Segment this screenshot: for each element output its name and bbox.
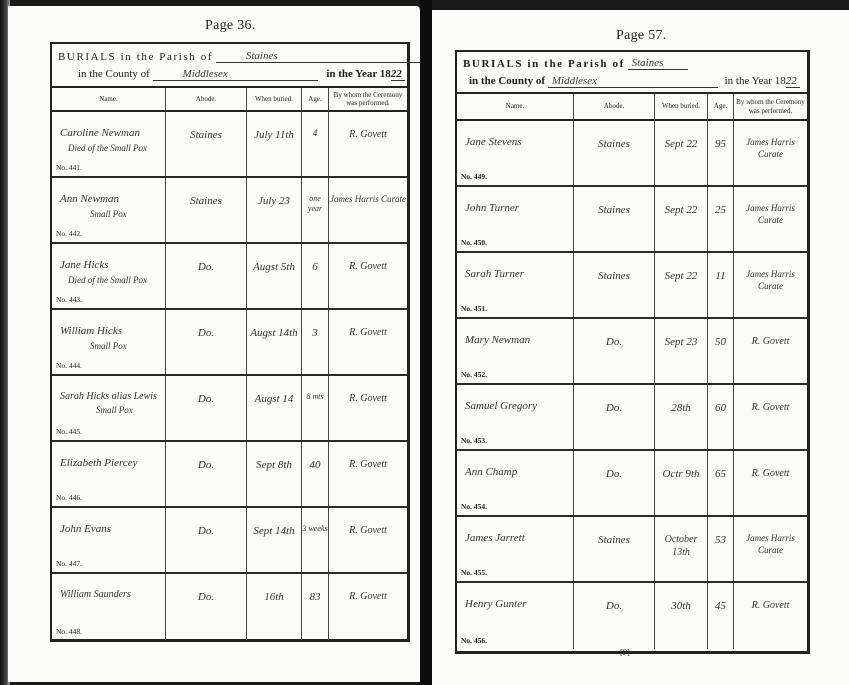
age-cell: 40 [302, 442, 329, 506]
column-header-age: Age. [708, 94, 734, 121]
abode-cell: Staines [166, 178, 247, 242]
minister-cell: James Harris Curate [734, 187, 807, 251]
entry-number: No. 450. [461, 238, 487, 247]
entry-abode: Staines [166, 128, 246, 142]
right-page: Page 57. BURIALS in the Parish of Staine… [432, 10, 849, 685]
age-cell: 45 [708, 583, 734, 649]
year-label: in the Year 18 [725, 75, 786, 87]
year-value: 22 [786, 75, 800, 88]
entry-abode: Do. [166, 590, 246, 604]
year-value: 22 [391, 68, 405, 81]
entry-number: No. 449. [461, 172, 487, 181]
entry-age: 60 [708, 401, 733, 415]
entry-abode: Do. [574, 467, 654, 481]
table-row: Ann ChampNo. 454. Do. Octr 9th 65 R. Gov… [457, 451, 807, 517]
when-buried-cell: 28th [655, 385, 708, 449]
entry-number: No. 445. [56, 427, 82, 436]
parish-label: BURIALS in the Parish of [463, 58, 625, 70]
entry-when-buried: Sept 22 [655, 137, 707, 151]
minister-cell: R. Govett [734, 583, 807, 649]
abode-cell: Do. [574, 583, 655, 649]
when-buried-cell: October 13th [655, 517, 708, 581]
column-header-minister: By whom the Ceremony was performed. [329, 88, 407, 112]
age-cell: 8 mts [302, 376, 329, 440]
entry-minister: R. Govett [329, 326, 407, 339]
name-cell: Caroline NewmanDied of the Small PoxNo. … [52, 112, 166, 176]
column-header-minister: By whom the Ceremony was performed. [734, 94, 807, 121]
entry-name: Mary Newman [465, 334, 530, 346]
entry-minister: James Harris Curate [734, 137, 807, 160]
entry-number: No. 452. [461, 370, 487, 379]
minister-cell: R. Govett [734, 319, 807, 383]
register-header: BURIALS in the Parish of Staines in the … [457, 52, 807, 94]
parish-line: BURIALS in the Parish of Staines [58, 49, 431, 63]
entry-name: Henry Gunter [465, 598, 526, 610]
column-header-name: Name. [457, 94, 574, 121]
entry-abode: Staines [574, 269, 654, 283]
column-header-abode: Abode. [574, 94, 655, 121]
entry-minister: R. Govett [329, 260, 407, 273]
age-cell: 65 [708, 451, 734, 515]
entry-abode: Do. [166, 524, 246, 538]
entry-number: No. 444. [56, 361, 82, 370]
county-label: in the County of [78, 68, 150, 80]
minister-cell: James Harris Curate [734, 121, 807, 185]
entry-note: Died of the Small Pox [68, 275, 147, 285]
entry-name: John Evans [60, 523, 111, 535]
entry-when-buried: 30th [655, 599, 707, 613]
when-buried-cell: Sept 23 [655, 319, 708, 383]
county-label: in the County of [469, 75, 545, 87]
name-cell: James JarrettNo. 455. [457, 517, 574, 581]
minister-cell: R. Govett [734, 451, 807, 515]
page-title: Page 57. [616, 28, 667, 44]
age-cell: one year [302, 178, 329, 242]
entry-age: 95 [708, 137, 733, 151]
county-value: Middlesex [552, 75, 597, 87]
entry-when-buried: October 13th [655, 533, 707, 559]
entry-name: Ann Champ [465, 466, 517, 478]
entry-when-buried: July 11th [247, 128, 301, 142]
register-header: BURIALS in the Parish of Staines in the … [52, 44, 407, 88]
table-row: John EvansNo. 447. Do. Sept 14th 3 weeks… [52, 508, 407, 574]
table-row: Henry GunterNo. 456. Do. 30th 45 R. Gove… [457, 583, 807, 649]
minister-cell: R. Govett [329, 244, 407, 308]
entry-when-buried: 28th [655, 401, 707, 415]
register-grid: Name. Abode. When buried. Age. By whom t… [52, 88, 407, 639]
entry-name: James Jarrett [465, 532, 525, 544]
county-line: in the County of Middlesex in the Year 1… [469, 74, 800, 88]
abode-cell: Staines [574, 253, 655, 317]
entry-note: Small Pox [90, 209, 127, 219]
entry-number: No. 446. [56, 493, 82, 502]
entry-number: No. 447. [56, 559, 82, 568]
name-cell: John EvansNo. 447. [52, 508, 166, 572]
page-title: Page 36. [205, 18, 256, 34]
county-field: Middlesex [548, 74, 718, 88]
entry-number: No. 448. [56, 627, 82, 636]
entry-when-buried: Sept 14th [247, 524, 301, 538]
entry-note: Died of the Small Pox [68, 143, 147, 153]
entry-abode: Staines [574, 203, 654, 217]
entry-age: 3 weeks [302, 524, 328, 534]
entry-age: 45 [708, 599, 733, 613]
abode-cell: Do. [166, 508, 247, 572]
name-cell: Elizabeth PierceyNo. 446. [52, 442, 166, 506]
parish-value: Staines [632, 57, 664, 69]
entry-minister: R. Govett [329, 590, 407, 603]
table-row: Samuel GregoryNo. 453. Do. 28th 60 R. Go… [457, 385, 807, 451]
minister-cell: R. Govett [329, 508, 407, 572]
column-header-age: Age. [302, 88, 329, 112]
column-header-when-buried: When buried. [247, 88, 302, 112]
entry-note: Small Pox [96, 405, 133, 415]
entry-abode: Do. [166, 326, 246, 340]
minister-cell: R. Govett [329, 112, 407, 176]
age-cell: 60 [708, 385, 734, 449]
parish-value: Staines [246, 50, 278, 62]
signature-mark: [P] [620, 648, 630, 657]
entry-age: 6 [302, 260, 328, 274]
table-row: James JarrettNo. 455. Staines October 13… [457, 517, 807, 583]
when-buried-cell: Sept 8th [247, 442, 302, 506]
entry-when-buried: Sept 22 [655, 269, 707, 283]
entry-when-buried: Sept 8th [247, 458, 301, 472]
abode-cell: Do. [574, 451, 655, 515]
minister-cell: James Harris Curate [734, 517, 807, 581]
entry-age: 25 [708, 203, 733, 217]
entry-name: John Turner [465, 202, 519, 214]
entry-when-buried: Sept 23 [655, 335, 707, 349]
entry-number: No. 456. [461, 636, 487, 645]
entry-when-buried: Augst 14th [247, 326, 301, 340]
entry-number: No. 451. [461, 304, 487, 313]
entry-name: Jane Stevens [465, 136, 522, 148]
entry-abode: Staines [574, 533, 654, 547]
parish-field: Staines [216, 49, 431, 63]
year-label: in the Year 18 [326, 68, 390, 80]
age-cell: 3 [302, 310, 329, 374]
when-buried-cell: 30th [655, 583, 708, 649]
when-buried-cell: 16th [247, 574, 302, 640]
abode-cell: Staines [166, 112, 247, 176]
entry-age: 4 [302, 128, 328, 140]
entry-name: William Hicks [60, 325, 122, 337]
entry-age: 40 [302, 458, 328, 472]
when-buried-cell: Octr 9th [655, 451, 708, 515]
book-gutter [420, 0, 432, 685]
column-header-when-buried: When buried. [655, 94, 708, 121]
when-buried-cell: Augst 5th [247, 244, 302, 308]
table-row: Ann NewmanSmall PoxNo. 442. Staines July… [52, 178, 407, 244]
minister-cell: R. Govett [329, 574, 407, 640]
entry-name: Caroline Newman [60, 127, 140, 139]
entry-name: Samuel Gregory [465, 400, 537, 412]
name-cell: Sarah Hicks alias LewisSmall PoxNo. 445. [52, 376, 166, 440]
abode-cell: Do. [166, 310, 247, 374]
name-cell: Ann ChampNo. 454. [457, 451, 574, 515]
entry-minister: R. Govett [734, 335, 807, 348]
age-cell: 6 [302, 244, 329, 308]
table-row: Mary NewmanNo. 452. Do. Sept 23 50 R. Go… [457, 319, 807, 385]
entry-name: Sarah Turner [465, 268, 524, 280]
abode-cell: Staines [574, 121, 655, 185]
entry-name: Jane Hicks [60, 259, 109, 271]
table-row: Sarah Hicks alias LewisSmall PoxNo. 445.… [52, 376, 407, 442]
entry-age: 53 [708, 533, 733, 547]
when-buried-cell: Sept 14th [247, 508, 302, 572]
entry-when-buried: 16th [247, 590, 301, 604]
age-cell: 95 [708, 121, 734, 185]
abode-cell: Staines [574, 187, 655, 251]
table-row: William HicksSmall PoxNo. 444. Do. Augst… [52, 310, 407, 376]
entry-age: one year [302, 194, 328, 215]
county-value: Middlesex [183, 68, 228, 80]
entry-name: Ann Newman [60, 193, 119, 205]
abode-cell: Do. [166, 442, 247, 506]
abode-cell: Do. [574, 319, 655, 383]
name-cell: William SaundersNo. 448. [52, 574, 166, 640]
entry-age: 65 [708, 467, 733, 481]
entry-minister: R. Govett [329, 524, 407, 537]
age-cell: 11 [708, 253, 734, 317]
parish-field: Staines [628, 56, 688, 70]
entry-minister: James Harris Curate [329, 194, 407, 206]
name-cell: Sarah TurnerNo. 451. [457, 253, 574, 317]
when-buried-cell: Augst 14th [247, 310, 302, 374]
entry-name: Elizabeth Piercey [60, 457, 137, 469]
left-page: Page 36. BURIALS in the Parish of Staine… [8, 6, 420, 682]
column-header-name: Name. [52, 88, 166, 112]
parish-label: BURIALS in the Parish of [58, 51, 213, 63]
abode-cell: Staines [574, 517, 655, 581]
minister-cell: James Harris Curate [329, 178, 407, 242]
entry-minister: James Harris Curate [734, 269, 807, 292]
name-cell: John TurnerNo. 450. [457, 187, 574, 251]
entry-abode: Staines [574, 137, 654, 151]
minister-cell: R. Govett [329, 442, 407, 506]
entry-minister: James Harris Curate [734, 203, 807, 226]
entry-abode: Do. [574, 401, 654, 415]
name-cell: Jane StevensNo. 449. [457, 121, 574, 185]
county-field: Middlesex [153, 67, 318, 81]
entry-abode: Do. [574, 335, 654, 349]
when-buried-cell: Sept 22 [655, 187, 708, 251]
entry-number: No. 454. [461, 502, 487, 511]
burial-register-table: BURIALS in the Parish of Staines in the … [50, 42, 410, 642]
entry-when-buried: Sept 22 [655, 203, 707, 217]
entry-abode: Staines [166, 194, 246, 208]
entry-minister: R. Govett [329, 128, 407, 141]
age-cell: 53 [708, 517, 734, 581]
age-cell: 83 [302, 574, 329, 640]
column-header-abode: Abode. [166, 88, 247, 112]
entry-age: 8 mts [302, 392, 328, 402]
name-cell: Jane HicksDied of the Small PoxNo. 443. [52, 244, 166, 308]
entry-when-buried: Augst 5th [247, 260, 301, 274]
table-row: Sarah TurnerNo. 451. Staines Sept 22 11 … [457, 253, 807, 319]
entry-minister: R. Govett [329, 458, 407, 471]
table-row: John TurnerNo. 450. Staines Sept 22 25 J… [457, 187, 807, 253]
entry-number: No. 442. [56, 229, 82, 238]
age-cell: 50 [708, 319, 734, 383]
entry-age: 50 [708, 335, 733, 349]
when-buried-cell: Sept 22 [655, 253, 708, 317]
entry-age: 11 [708, 269, 733, 283]
entry-abode: Do. [166, 392, 246, 406]
entry-when-buried: Octr 9th [655, 467, 707, 481]
table-row: William SaundersNo. 448. Do. 16th 83 R. … [52, 574, 407, 640]
abode-cell: Do. [166, 376, 247, 440]
entry-note: Small Pox [90, 341, 127, 351]
entry-when-buried: Augst 14 [247, 392, 301, 406]
when-buried-cell: Sept 22 [655, 121, 708, 185]
name-cell: William HicksSmall PoxNo. 444. [52, 310, 166, 374]
entry-minister: R. Govett [329, 392, 407, 405]
when-buried-cell: July 23 [247, 178, 302, 242]
entry-age: 83 [302, 590, 328, 604]
name-cell: Henry GunterNo. 456. [457, 583, 574, 649]
abode-cell: Do. [166, 244, 247, 308]
entry-abode: Do. [166, 458, 246, 472]
when-buried-cell: July 11th [247, 112, 302, 176]
parish-line: BURIALS in the Parish of Staines [463, 56, 688, 70]
minister-cell: James Harris Curate [734, 253, 807, 317]
entry-number: No. 453. [461, 436, 487, 445]
table-row: Jane StevensNo. 449. Staines Sept 22 95 … [457, 121, 807, 187]
minister-cell: R. Govett [734, 385, 807, 449]
register-grid: Name. Abode. When buried. Age. By whom t… [457, 94, 807, 651]
when-buried-cell: Augst 14 [247, 376, 302, 440]
entry-abode: Do. [574, 599, 654, 613]
abode-cell: Do. [166, 574, 247, 640]
entry-minister: R. Govett [734, 401, 807, 414]
entry-minister: James Harris Curate [734, 533, 807, 556]
minister-cell: R. Govett [329, 310, 407, 374]
entry-age: 3 [302, 326, 328, 340]
age-cell: 3 weeks [302, 508, 329, 572]
table-row: Jane HicksDied of the Small PoxNo. 443. … [52, 244, 407, 310]
table-row: Caroline NewmanDied of the Small PoxNo. … [52, 112, 407, 178]
burial-register-table: BURIALS in the Parish of Staines in the … [455, 50, 810, 654]
entry-name: William Saunders [60, 589, 131, 600]
abode-cell: Do. [574, 385, 655, 449]
entry-minister: R. Govett [734, 467, 807, 480]
entry-abode: Do. [166, 260, 246, 274]
entry-number: No. 441. [56, 163, 82, 172]
entry-number: No. 443. [56, 295, 82, 304]
entry-when-buried: July 23 [247, 194, 301, 208]
age-cell: 4 [302, 112, 329, 176]
entry-number: No. 455. [461, 568, 487, 577]
minister-cell: R. Govett [329, 376, 407, 440]
age-cell: 25 [708, 187, 734, 251]
name-cell: Samuel GregoryNo. 453. [457, 385, 574, 449]
entry-minister: R. Govett [734, 599, 807, 612]
name-cell: Mary NewmanNo. 452. [457, 319, 574, 383]
name-cell: Ann NewmanSmall PoxNo. 442. [52, 178, 166, 242]
table-row: Elizabeth PierceyNo. 446. Do. Sept 8th 4… [52, 442, 407, 508]
entry-name: Sarah Hicks alias Lewis [60, 391, 157, 402]
county-line: in the County of Middlesex in the Year 1… [78, 67, 405, 81]
